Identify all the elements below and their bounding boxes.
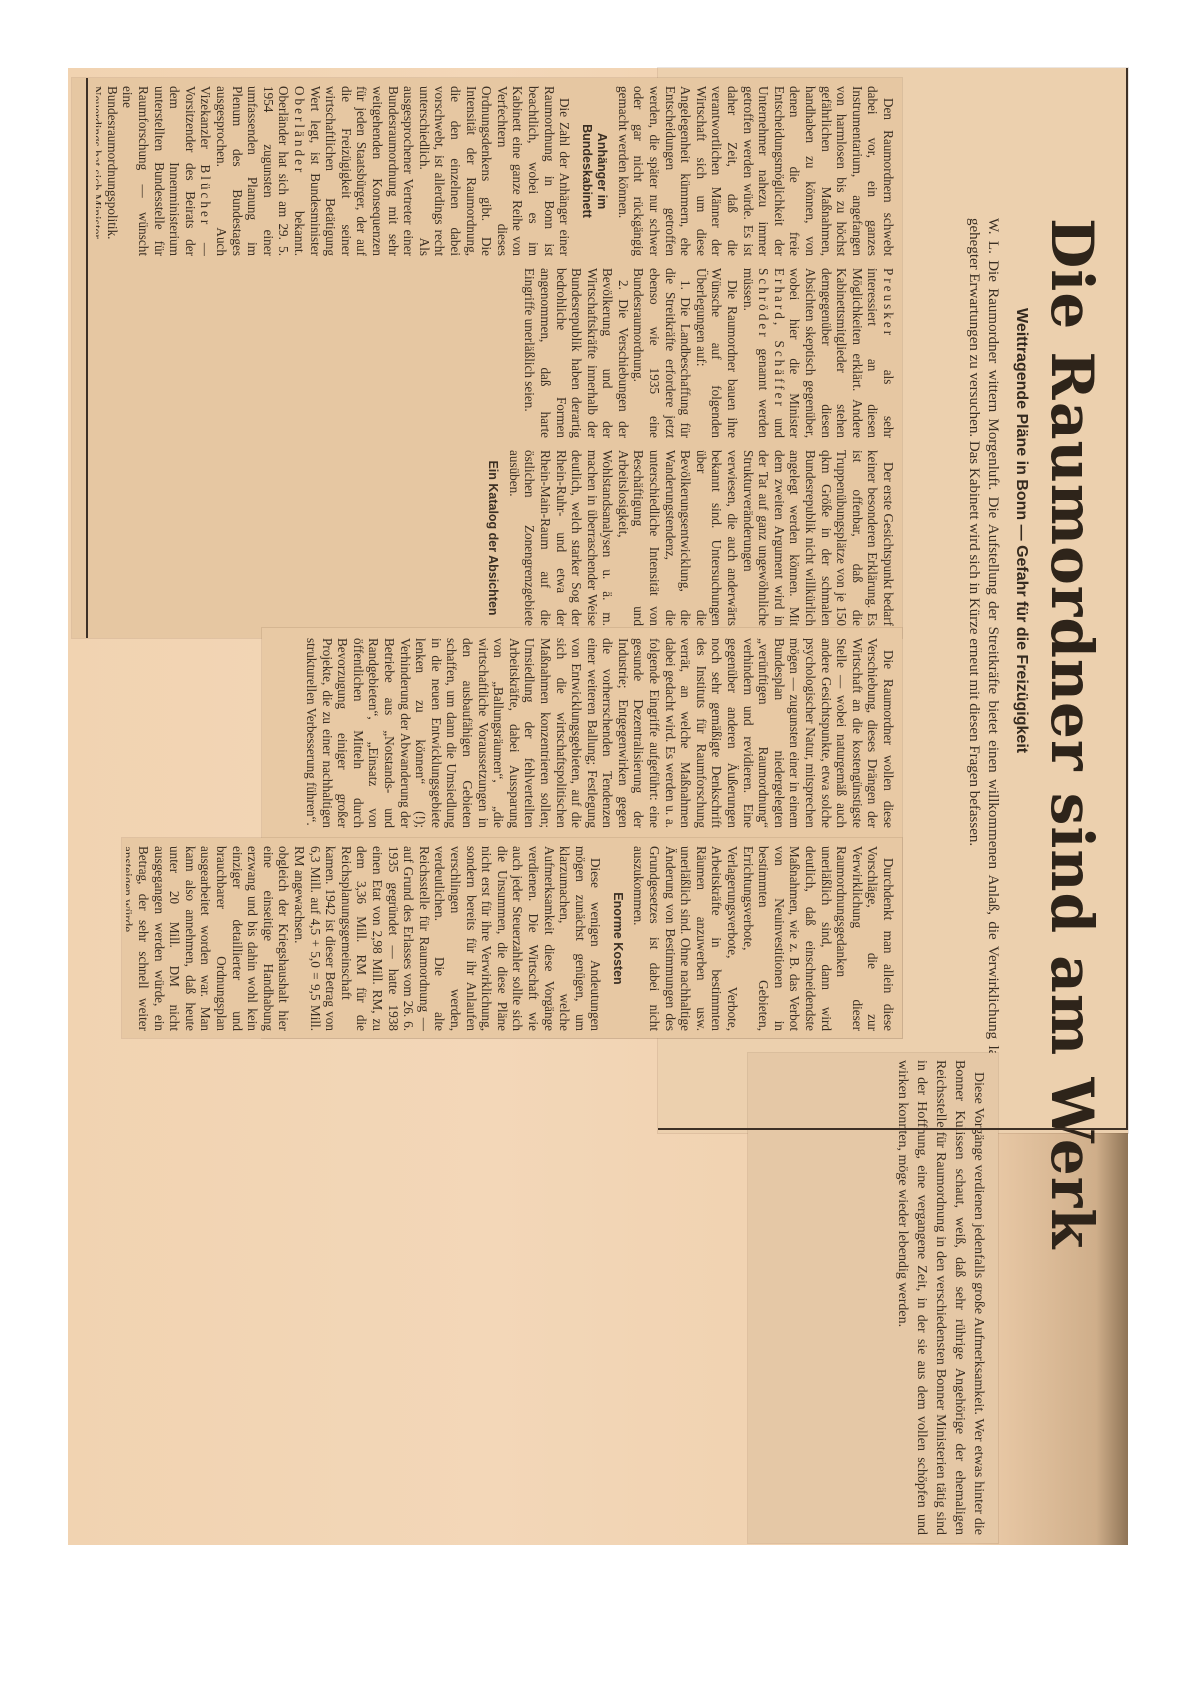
newspaper-clipping: Die Raumordner sind am Werk Weittragende… (68, 68, 1128, 1545)
column-2a: Der erste Gesichtspunkt bedarf keiner be… (96, 450, 896, 626)
text: und (772, 418, 787, 438)
article-lead: W. L. Die Raumordner wittern Morgenluft.… (964, 218, 1002, 1078)
paragraph: 1. Die Landbeschaffung für die Streitkrä… (631, 268, 693, 438)
subheading: Anhänger im Bundeskabinett (578, 86, 609, 256)
paragraph: Preusker als sehr interessiert an diesen… (740, 268, 896, 438)
column-2b: Die Raumordner wollen diese Verschiebung… (276, 638, 896, 828)
name-bluecher: Blücher (198, 164, 213, 227)
column-3: Durchdenkt man allein diese Vorschläge, … (126, 846, 896, 1031)
subheading: Enorme Kosten (609, 846, 625, 1031)
paragraph: obgleich der Kriegshaushalt hier eine ei… (126, 846, 291, 1031)
paragraph: Die Raumordner bauen ihre Wünsche auf fo… (693, 268, 740, 438)
paragraph: 2. Die Verschiebungen der Bevölkerung un… (522, 268, 631, 438)
paragraph: Den Raumordnern schwebt dabei vor, ein g… (615, 86, 896, 256)
top-rule (1126, 68, 1128, 1128)
text: — Vorsitzender des Beirats der dem Innen… (96, 86, 213, 256)
column-4: Diese Vorgänge verdienen jedenfalls groß… (753, 1060, 988, 1535)
name-preusker: Preusker (881, 268, 896, 338)
article-subtitle: Weittragende Pläne in Bonn — Gefahr für … (1012, 308, 1030, 753)
text: bekannt. Oberländer hat sich am 29. 5. 1… (198, 86, 307, 256)
paragraph: Diese Vorgänge verdienen jedenfalls groß… (893, 1060, 988, 1535)
column-1b: Preusker als sehr interessiert an diesen… (96, 268, 896, 438)
column-1a: Den Raumordnern schwebt dabei vor, ein g… (96, 86, 896, 256)
article-headline: Die Raumordner sind am Werk (1038, 218, 1106, 1250)
paragraph: Die Raumordner wollen diese Verschiebung… (303, 638, 896, 828)
name-schroeder: Schröder (756, 268, 771, 340)
name-oberlaender: Oberländer (292, 86, 307, 175)
name-erhard: Erhard, Schäffer (772, 268, 787, 409)
paragraph: Durchdenkt man allein diese Vorschläge, … (631, 846, 896, 1031)
paragraph: Der erste Gesichtspunkt bedarf keiner be… (506, 450, 896, 626)
paragraph: Die Zahl der Anhänger einer Raumordnung … (96, 86, 572, 256)
headline-right-rule (658, 1128, 1128, 1130)
paragraph: Diese wenigen Andeutungen mögen zunächst… (291, 846, 603, 1031)
text: als sehr interessiert an diesen Möglichk… (787, 268, 896, 438)
subheading: Ein Katalog der Absichten (485, 450, 501, 626)
column-1-bottom-rule (86, 78, 88, 638)
text: Die Zahl der Anhänger einer Raumordnung … (308, 86, 573, 256)
